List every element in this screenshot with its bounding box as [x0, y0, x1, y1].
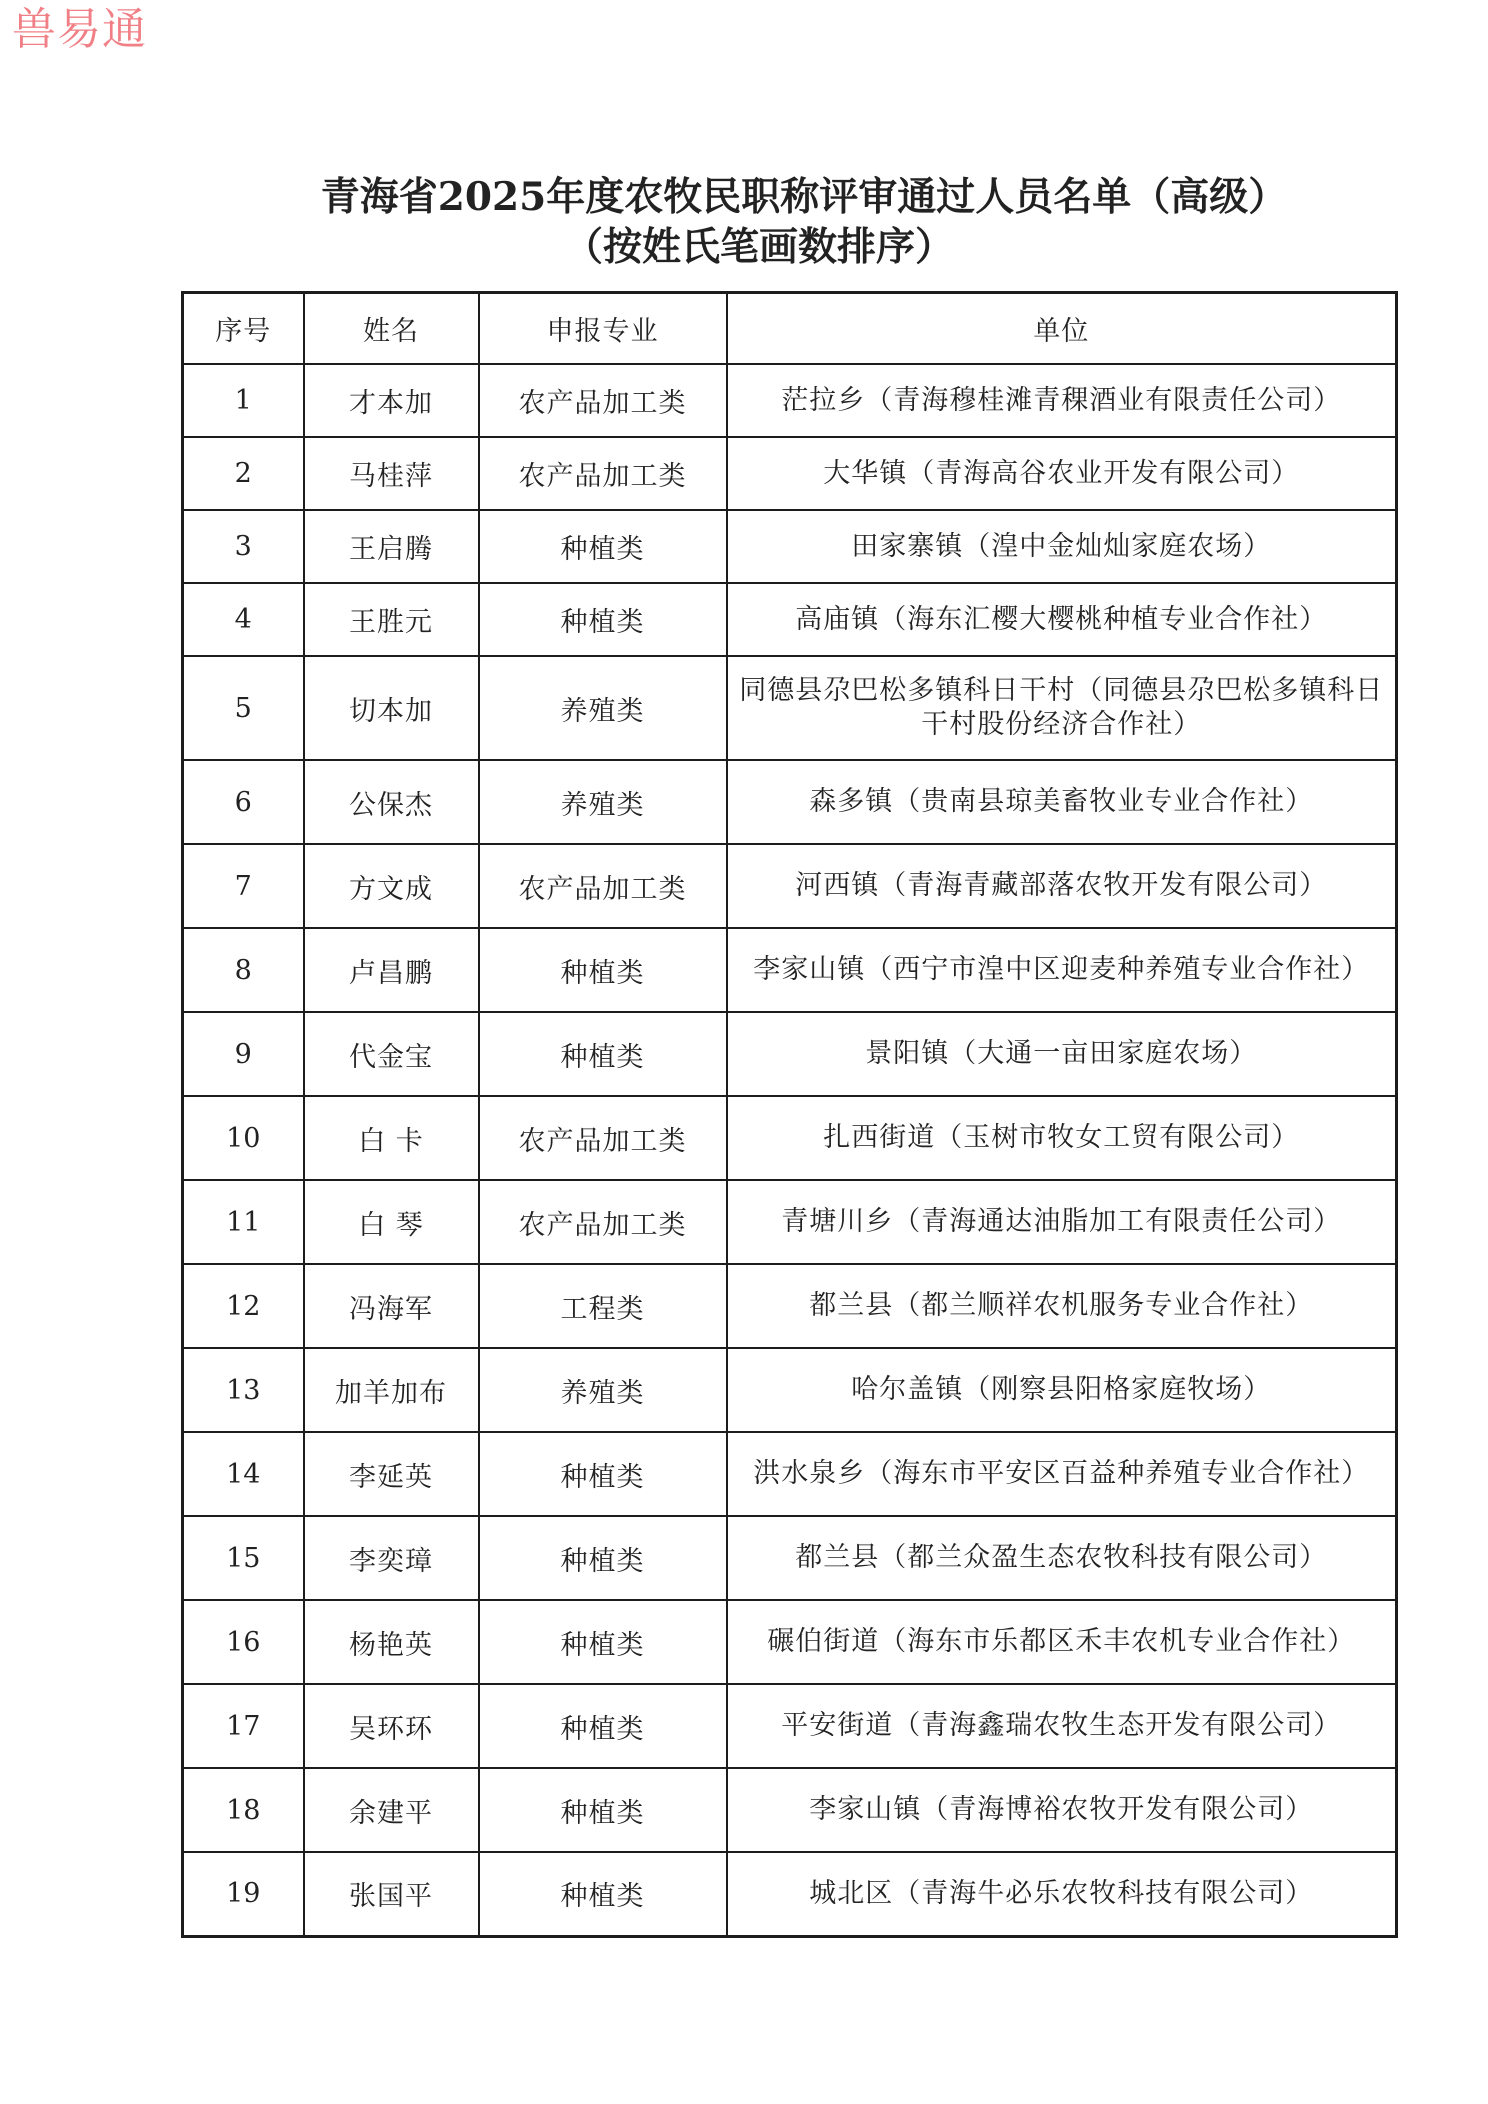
cell-unit: 扎西街道（玉树市牧女工贸有限公司）: [727, 1096, 1397, 1180]
cell-name: 张国平: [304, 1852, 479, 1936]
cell-unit: 同德县尕巴松多镇科日干村（同德县尕巴松多镇科日干村股份经济合作社）: [727, 656, 1397, 760]
table-row: 6 公保杰 养殖类 森多镇（贵南县琼美畜牧业专业合作社）: [183, 760, 1397, 844]
table-row: 11 白 琴 农产品加工类 青塘川乡（青海通达油脂加工有限责任公司）: [183, 1180, 1397, 1264]
cell-name: 冯海军: [304, 1264, 479, 1348]
table-row: 2 马桂萍 农产品加工类 大华镇（青海高谷农业开发有限公司）: [183, 437, 1397, 510]
cell-no: 12: [183, 1264, 304, 1348]
cell-specialty: 养殖类: [479, 760, 727, 844]
cell-no: 10: [183, 1096, 304, 1180]
cell-unit: 李家山镇（青海博裕农牧开发有限公司）: [727, 1768, 1397, 1852]
cell-specialty: 种植类: [479, 1600, 727, 1684]
page-subtitle: （按姓氏笔画数排序）: [0, 222, 1488, 272]
cell-unit: 洪水泉乡（海东市平安区百益种养殖专业合作社）: [727, 1432, 1397, 1516]
cell-specialty: 种植类: [479, 583, 727, 656]
table-row: 13 加羊加布 养殖类 哈尔盖镇（刚察县阳格家庭牧场）: [183, 1348, 1397, 1432]
table-row: 8 卢昌鹏 种植类 李家山镇（西宁市湟中区迎麦种养殖专业合作社）: [183, 928, 1397, 1012]
table-row: 16 杨艳英 种植类 碾伯街道（海东市乐都区禾丰农机专业合作社）: [183, 1600, 1397, 1684]
table-row: 15 李奕璋 种植类 都兰县（都兰众盈生态农牧科技有限公司）: [183, 1516, 1397, 1600]
cell-specialty: 种植类: [479, 1432, 727, 1516]
cell-name: 余建平: [304, 1768, 479, 1852]
document-title: 青海省2025年度农牧民职称评审通过人员名单（高级） （按姓氏笔画数排序）: [0, 172, 1488, 272]
page-title: 青海省2025年度农牧民职称评审通过人员名单（高级）: [0, 172, 1488, 222]
cell-no: 8: [183, 928, 304, 1012]
table-row: 4 王胜元 种植类 高庙镇（海东汇樱大樱桃种植专业合作社）: [183, 583, 1397, 656]
table-row: 17 吴环环 种植类 平安街道（青海鑫瑞农牧生态开发有限公司）: [183, 1684, 1397, 1768]
cell-name: 马桂萍: [304, 437, 479, 510]
cell-unit: 茫拉乡（青海穆桂滩青稞酒业有限责任公司）: [727, 364, 1397, 437]
header-specialty: 申报专业: [479, 293, 727, 365]
cell-specialty: 种植类: [479, 1516, 727, 1600]
table-row: 3 王启腾 种植类 田家寨镇（湟中金灿灿家庭农场）: [183, 510, 1397, 583]
table-row: 7 方文成 农产品加工类 河西镇（青海青藏部落农牧开发有限公司）: [183, 844, 1397, 928]
cell-specialty: 农产品加工类: [479, 364, 727, 437]
cell-name: 公保杰: [304, 760, 479, 844]
cell-unit: 森多镇（贵南县琼美畜牧业专业合作社）: [727, 760, 1397, 844]
cell-no: 16: [183, 1600, 304, 1684]
cell-specialty: 种植类: [479, 1768, 727, 1852]
cell-no: 13: [183, 1348, 304, 1432]
cell-name: 才本加: [304, 364, 479, 437]
cell-no: 9: [183, 1012, 304, 1096]
cell-unit: 都兰县（都兰众盈生态农牧科技有限公司）: [727, 1516, 1397, 1600]
cell-unit: 城北区（青海牛必乐农牧科技有限公司）: [727, 1852, 1397, 1936]
cell-unit: 哈尔盖镇（刚察县阳格家庭牧场）: [727, 1348, 1397, 1432]
table-row: 14 李延英 种植类 洪水泉乡（海东市平安区百益种养殖专业合作社）: [183, 1432, 1397, 1516]
cell-no: 4: [183, 583, 304, 656]
cell-no: 1: [183, 364, 304, 437]
cell-unit: 大华镇（青海高谷农业开发有限公司）: [727, 437, 1397, 510]
cell-no: 15: [183, 1516, 304, 1600]
cell-unit: 高庙镇（海东汇樱大樱桃种植专业合作社）: [727, 583, 1397, 656]
cell-unit: 平安街道（青海鑫瑞农牧生态开发有限公司）: [727, 1684, 1397, 1768]
approved-personnel-table: 序号 姓名 申报专业 单位 1 才本加 农产品加工类 茫拉乡（青海穆桂滩青稞酒业…: [181, 291, 1398, 1938]
cell-name: 王启腾: [304, 510, 479, 583]
cell-no: 18: [183, 1768, 304, 1852]
cell-unit: 青塘川乡（青海通达油脂加工有限责任公司）: [727, 1180, 1397, 1264]
cell-no: 19: [183, 1852, 304, 1936]
cell-name: 王胜元: [304, 583, 479, 656]
cell-no: 6: [183, 760, 304, 844]
cell-specialty: 养殖类: [479, 1348, 727, 1432]
cell-name: 代金宝: [304, 1012, 479, 1096]
cell-name: 李延英: [304, 1432, 479, 1516]
cell-specialty: 农产品加工类: [479, 844, 727, 928]
cell-name: 加羊加布: [304, 1348, 479, 1432]
cell-name: 白 琴: [304, 1180, 479, 1264]
cell-specialty: 种植类: [479, 1852, 727, 1936]
cell-specialty: 农产品加工类: [479, 1180, 727, 1264]
cell-specialty: 种植类: [479, 510, 727, 583]
header-no: 序号: [183, 293, 304, 365]
cell-specialty: 种植类: [479, 1684, 727, 1768]
cell-specialty: 种植类: [479, 1012, 727, 1096]
cell-name: 吴环环: [304, 1684, 479, 1768]
watermark-logo: 兽易通: [12, 2, 147, 58]
cell-specialty: 种植类: [479, 928, 727, 1012]
cell-no: 5: [183, 656, 304, 760]
cell-no: 11: [183, 1180, 304, 1264]
header-name: 姓名: [304, 293, 479, 365]
cell-specialty: 养殖类: [479, 656, 727, 760]
cell-no: 3: [183, 510, 304, 583]
cell-unit: 田家寨镇（湟中金灿灿家庭农场）: [727, 510, 1397, 583]
table-row: 19 张国平 种植类 城北区（青海牛必乐农牧科技有限公司）: [183, 1852, 1397, 1936]
table-header-row: 序号 姓名 申报专业 单位: [183, 293, 1397, 365]
table-row: 18 余建平 种植类 李家山镇（青海博裕农牧开发有限公司）: [183, 1768, 1397, 1852]
table-row: 10 白 卡 农产品加工类 扎西街道（玉树市牧女工贸有限公司）: [183, 1096, 1397, 1180]
cell-name: 白 卡: [304, 1096, 479, 1180]
cell-no: 2: [183, 437, 304, 510]
cell-name: 杨艳英: [304, 1600, 479, 1684]
table-row: 9 代金宝 种植类 景阳镇（大通一亩田家庭农场）: [183, 1012, 1397, 1096]
cell-unit: 碾伯街道（海东市乐都区禾丰农机专业合作社）: [727, 1600, 1397, 1684]
cell-no: 14: [183, 1432, 304, 1516]
cell-no: 7: [183, 844, 304, 928]
cell-name: 方文成: [304, 844, 479, 928]
cell-specialty: 农产品加工类: [479, 1096, 727, 1180]
table-row: 5 切本加 养殖类 同德县尕巴松多镇科日干村（同德县尕巴松多镇科日干村股份经济合…: [183, 656, 1397, 760]
header-unit: 单位: [727, 293, 1397, 365]
table-row: 1 才本加 农产品加工类 茫拉乡（青海穆桂滩青稞酒业有限责任公司）: [183, 364, 1397, 437]
cell-unit: 河西镇（青海青藏部落农牧开发有限公司）: [727, 844, 1397, 928]
cell-no: 17: [183, 1684, 304, 1768]
cell-unit: 李家山镇（西宁市湟中区迎麦种养殖专业合作社）: [727, 928, 1397, 1012]
cell-name: 切本加: [304, 656, 479, 760]
cell-specialty: 农产品加工类: [479, 437, 727, 510]
cell-name: 李奕璋: [304, 1516, 479, 1600]
cell-unit: 景阳镇（大通一亩田家庭农场）: [727, 1012, 1397, 1096]
cell-specialty: 工程类: [479, 1264, 727, 1348]
table-row: 12 冯海军 工程类 都兰县（都兰顺祥农机服务专业合作社）: [183, 1264, 1397, 1348]
cell-name: 卢昌鹏: [304, 928, 479, 1012]
cell-unit: 都兰县（都兰顺祥农机服务专业合作社）: [727, 1264, 1397, 1348]
